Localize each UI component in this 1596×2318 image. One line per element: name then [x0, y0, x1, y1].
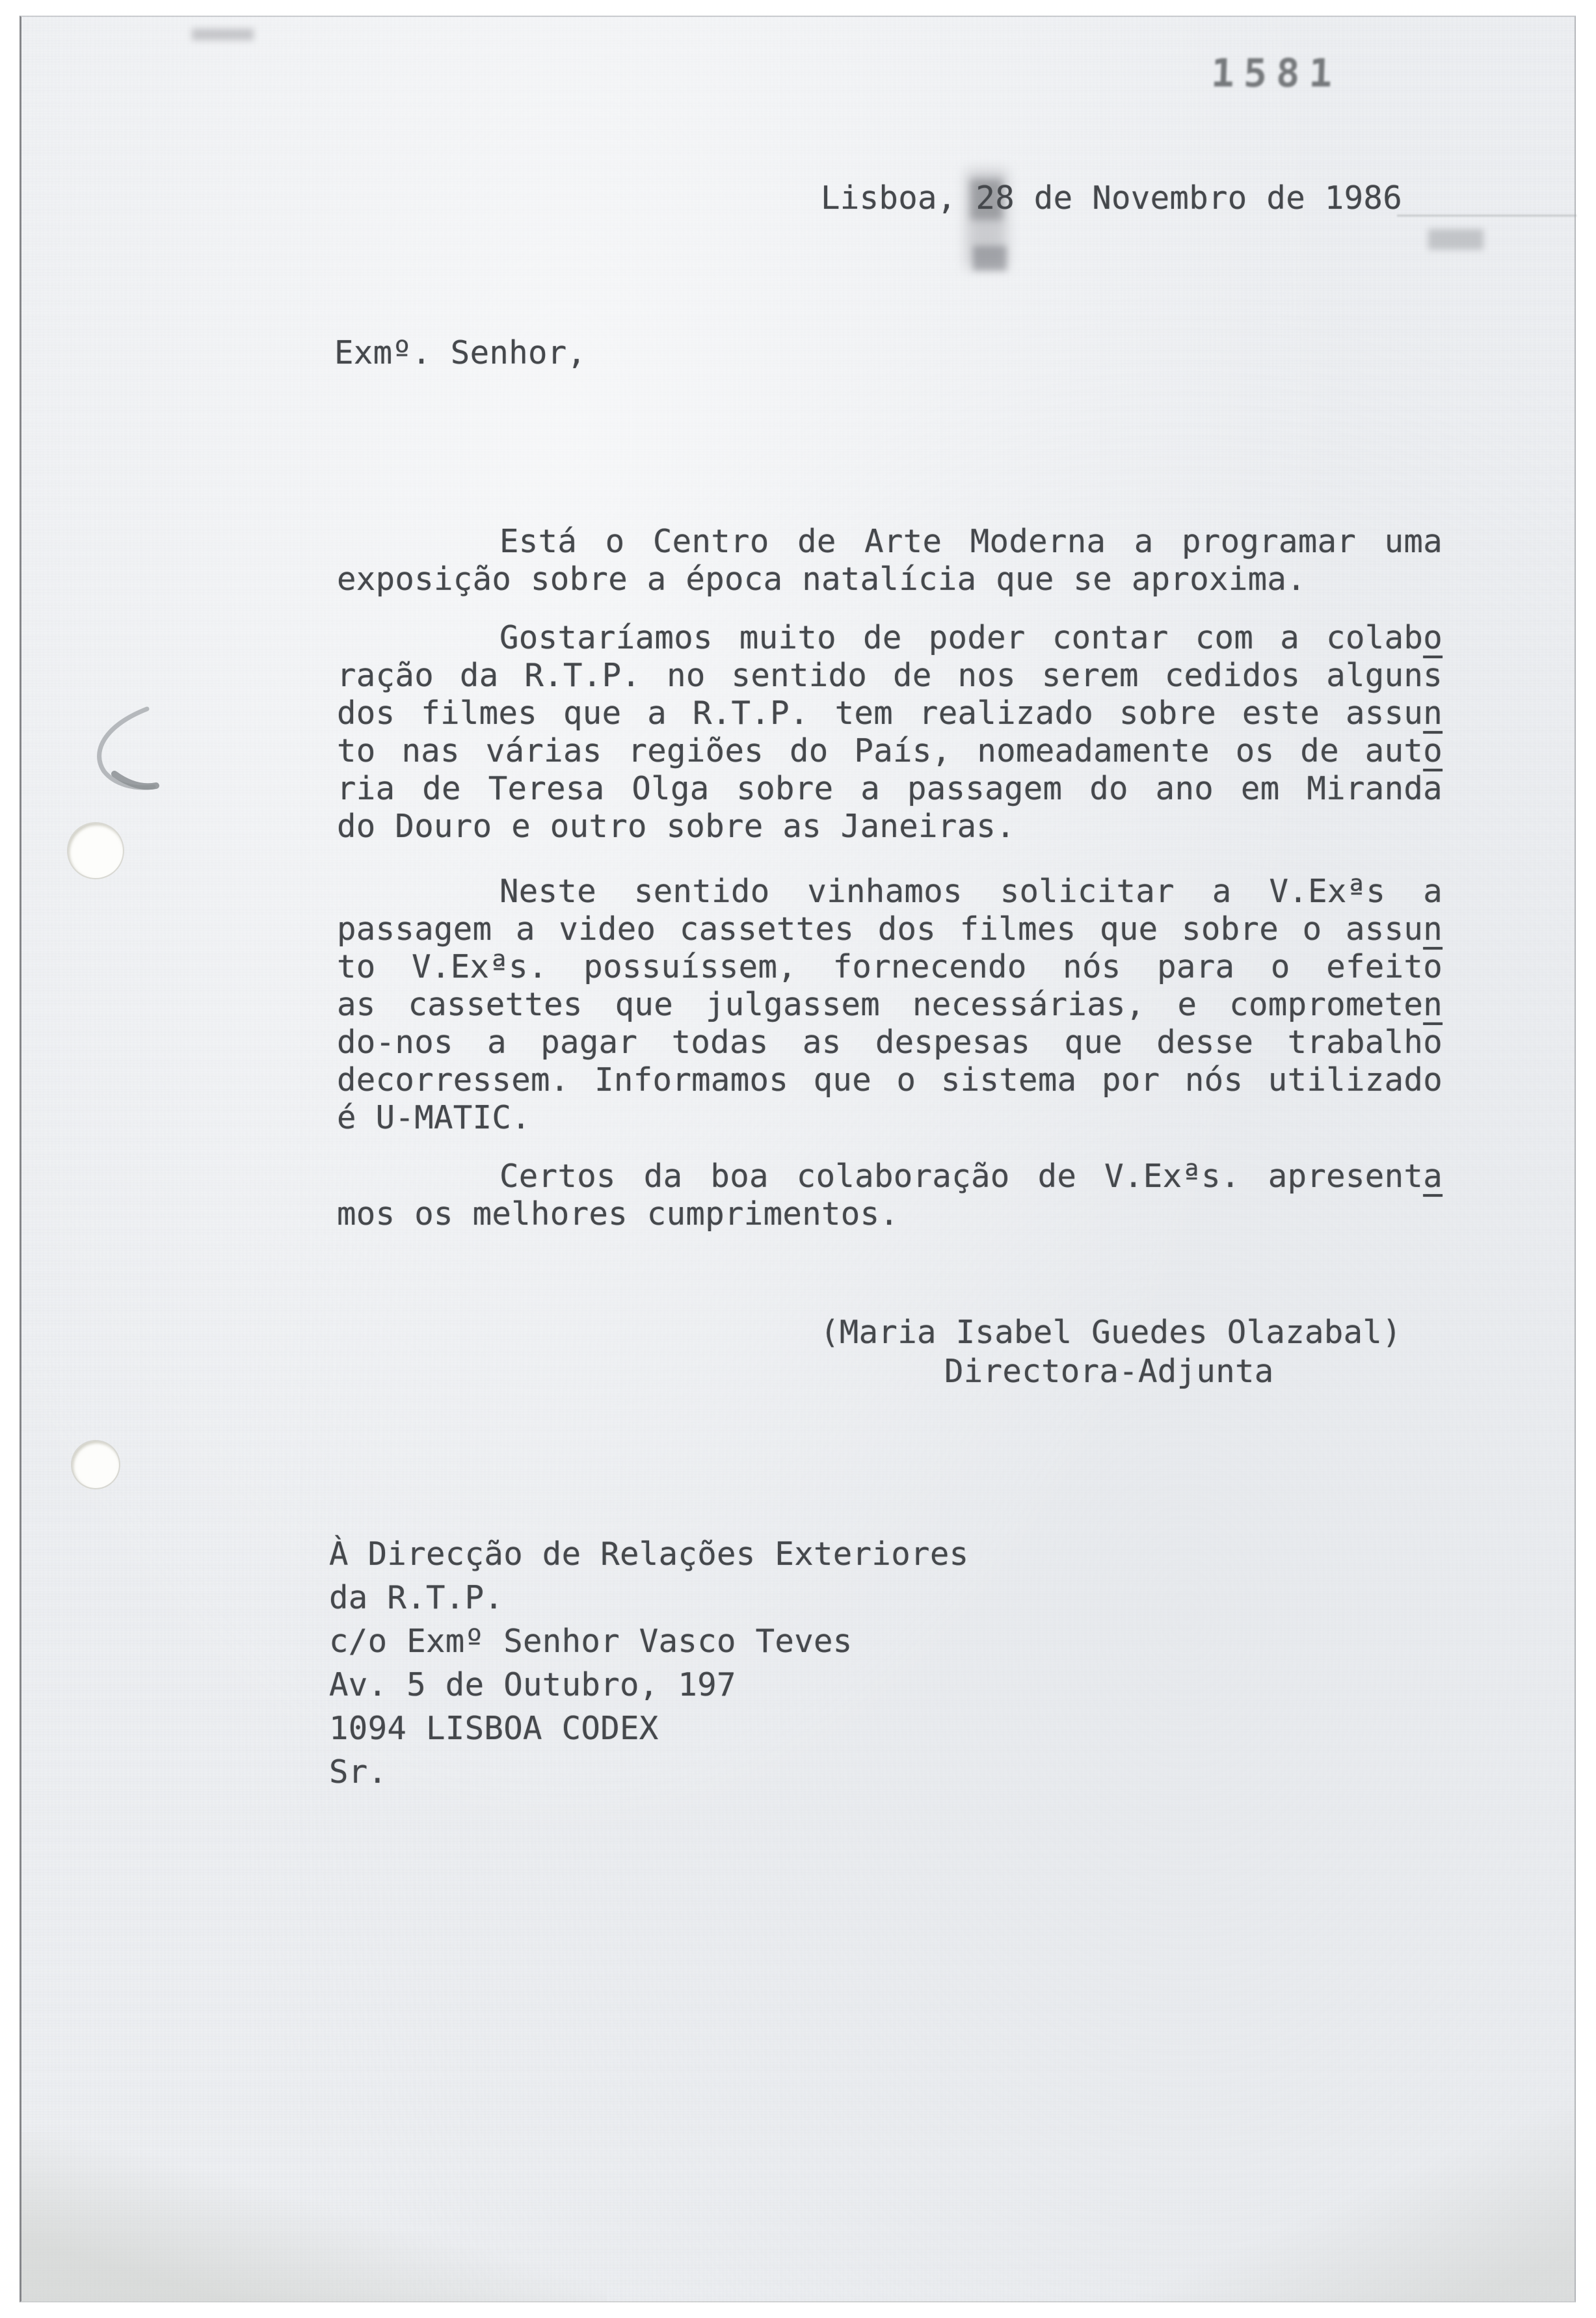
punch-hole-top	[68, 823, 123, 878]
paragraph-3: Neste sentido vinhamos solicitar a V.Exª…	[337, 873, 1443, 1137]
paragraph-line: Gostaríamos muito de poder contar com a …	[337, 619, 1443, 657]
paragraph-line: to V.Exªs. possuíssem, fornecendo nós pa…	[337, 948, 1443, 986]
paragraph-line: Certos da boa colaboração de V.Exªs. apr…	[337, 1158, 1443, 1195]
paragraph-line: decorressem. Informamos que o sistema po…	[337, 1061, 1443, 1099]
paragraph-2: Gostaríamos muito de poder contar com a …	[337, 619, 1443, 846]
paragraph-line: passagem a video cassettes dos filmes qu…	[337, 911, 1443, 948]
paragraph-line: é U-MATIC.	[337, 1099, 1443, 1137]
paragraph-line: to nas várias regiões do País, nomeadame…	[337, 732, 1443, 770]
paragraph-line: Está o Centro de Arte Moderna a programa…	[337, 523, 1443, 561]
date-line: Lisboa, 28 de Novembro de 1986	[821, 180, 1439, 217]
paragraph-line: mos os melhores cumprimentos.	[337, 1195, 1443, 1233]
address-line: da R.T.P.	[329, 1576, 1435, 1619]
paragraph-line: ria de Teresa Olga sobre a passagem do a…	[337, 770, 1443, 808]
registry-stamp-number: 1581	[1210, 51, 1342, 96]
address-line: c/o Exmº Senhor Vasco Teves	[329, 1619, 1435, 1663]
address-line: Sr.	[329, 1750, 1435, 1794]
paragraph-line: Neste sentido vinhamos solicitar a V.Exª…	[337, 873, 1443, 911]
punch-hole-bottom	[72, 1441, 119, 1488]
salutation: Exmº. Senhor,	[334, 334, 855, 372]
paragraph-4: Certos da boa colaboração de V.Exªs. apr…	[337, 1158, 1443, 1233]
bottom-left-fold-shadow	[21, 2132, 607, 2301]
paragraph-line: as cassettes que julgassem necessárias, …	[337, 986, 1443, 1024]
address-line: 1094 LISBOA CODEX	[329, 1707, 1435, 1750]
paragraph-1: Está o Centro de Arte Moderna a programa…	[337, 523, 1443, 598]
signature-name: (Maria Isabel Guedes Olazabal)	[820, 1314, 1438, 1352]
paragraph-line: do Douro e outro sobre as Janeiras.	[337, 808, 1443, 846]
address-line: Av. 5 de Outubro, 197	[329, 1663, 1435, 1707]
recipient-address-block: À Direcção de Relações Exteriores da R.T…	[329, 1532, 1044, 1794]
paragraph-line: do-nos a pagar todas as despesas que des…	[337, 1024, 1443, 1061]
signature-role: Directora-Adjunta	[944, 1353, 1335, 1391]
paragraph-line: ração da R.T.P. no sentido de nos serem …	[337, 657, 1443, 695]
paragraph-line: exposição sobre a época natalícia que se…	[337, 561, 1443, 598]
scanned-letter-page: 1581 Lisboa, 28 de Novembro de 1986 Exmº…	[0, 0, 1596, 2318]
paragraph-line: dos filmes que a R.T.P. tem realizado so…	[337, 695, 1443, 732]
address-line: À Direcção de Relações Exteriores	[329, 1532, 1435, 1576]
bottom-right-fold-shadow	[1119, 2093, 1575, 2301]
